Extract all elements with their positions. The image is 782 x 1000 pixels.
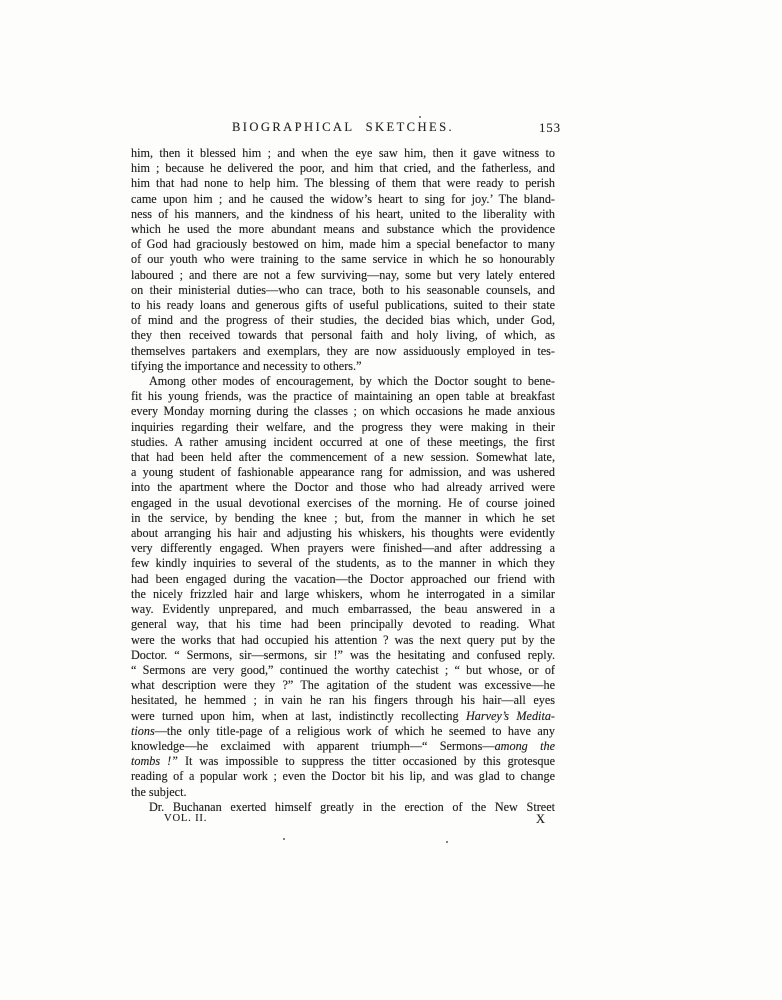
ink-speck (283, 838, 285, 840)
text-run: to his ready loans and generous gifts of… (131, 298, 555, 312)
italic-text-run: Harvey’s Medita- (466, 709, 555, 723)
text-run: engaged in the usual devotional exercise… (131, 496, 555, 510)
text-run: him that had none to help him. The bless… (131, 176, 555, 190)
text-line: in the service, by bending the knee ; bu… (131, 511, 555, 526)
text-line: very differently engaged. When prayers w… (131, 541, 555, 556)
text-run: about arranging his hair and adjusting h… (131, 526, 555, 540)
running-head: BIOGRAPHICAL SKETCHES. 153 (131, 120, 555, 138)
text-run: themselves partakers and exemplars, they… (131, 344, 555, 358)
text-line: had been engaged during the vacation—the… (131, 572, 555, 587)
text-line: what description were they ?” The agitat… (131, 678, 555, 693)
text-line: few kindly inquiries to several of the s… (131, 556, 555, 571)
book-page: BIOGRAPHICAL SKETCHES. 153 him, then it … (0, 0, 782, 1000)
text-run: came upon him ; and he caused the widow’… (131, 192, 555, 206)
text-run: were the works that had occupied his att… (131, 633, 555, 647)
text-run: of our youth who were training to the sa… (131, 252, 555, 266)
text-line: Among other modes of encouragement, by w… (131, 374, 555, 389)
text-line: tombs !” It was impossible to suppress t… (131, 754, 555, 769)
text-run: every Monday morning during the classes … (131, 404, 555, 418)
text-run: fit his young friends, was the practice … (131, 389, 555, 403)
text-line: knowledge—he exclaimed with apparent tri… (131, 739, 555, 754)
text-run: had been engaged during the vacation—the… (131, 572, 555, 586)
text-line: on their ministerial duties—who can trac… (131, 283, 555, 298)
text-line: of God had graciously bestowed on him, m… (131, 237, 555, 252)
text-line: reading of a popular work ; even the Doc… (131, 769, 555, 784)
text-line: engaged in the usual devotional exercise… (131, 496, 555, 511)
text-line: themselves partakers and exemplars, they… (131, 344, 555, 359)
text-run: which he used the more abundant means an… (131, 222, 555, 236)
text-line: Doctor. “ Sermons, sir—sermons, sir !” w… (131, 648, 555, 663)
text-line: hesitated, he hemmed ; in vain he ran hi… (131, 693, 555, 708)
text-line: “ Sermons are very good,” continued the … (131, 663, 555, 678)
footer-line: VOL. II. X (131, 812, 555, 828)
text-line: general way, that his time had been prin… (131, 617, 555, 632)
text-run: inquiries regarding their welfare, and t… (131, 420, 555, 434)
text-line: studies. A rather amusing incident occur… (131, 435, 555, 450)
text-run: were turned upon him, when at last, indi… (131, 709, 466, 723)
text-run: what description were they ?” The agitat… (131, 678, 555, 692)
text-run: It was impossible to suppress the titter… (178, 754, 555, 768)
text-run: knowledge—he exclaimed with apparent tri… (131, 739, 495, 753)
text-run: way. Evidently unprepared, and much emba… (131, 602, 555, 616)
text-run: reading of a popular work ; even the Doc… (131, 769, 555, 783)
text-line: were the works that had occupied his att… (131, 633, 555, 648)
text-run: studies. A rather amusing incident occur… (131, 435, 555, 449)
text-run: of God had graciously bestowed on him, m… (131, 237, 555, 251)
body-text: him, then it blessed him ; and when the … (131, 146, 555, 815)
text-run: they then received towards that personal… (131, 328, 555, 342)
text-line: they then received towards that personal… (131, 328, 555, 343)
text-line: fit his young friends, was the practice … (131, 389, 555, 404)
italic-text-run: among the (495, 739, 555, 753)
text-line: a young student of fashionable appearanc… (131, 465, 555, 480)
signature-mark: X (536, 812, 545, 827)
text-line: were turned upon him, when at last, indi… (131, 709, 555, 724)
text-run: him, then it blessed him ; and when the … (131, 146, 555, 160)
text-line: ness of his manners, and the kindness of… (131, 207, 555, 222)
ink-speck (419, 116, 421, 118)
text-line: every Monday morning during the classes … (131, 404, 555, 419)
text-run: on their ministerial duties—who can trac… (131, 283, 555, 297)
text-run: hesitated, he hemmed ; in vain he ran hi… (131, 693, 555, 707)
text-run: in the service, by bending the knee ; bu… (131, 511, 555, 525)
volume-label: VOL. II. (164, 813, 207, 824)
text-run: Among other modes of encouragement, by w… (149, 374, 555, 388)
text-line: tifying the importance and necessity to … (131, 359, 555, 374)
text-line: him, then it blessed him ; and when the … (131, 146, 555, 161)
text-run: of mind and the progress of their studie… (131, 313, 555, 327)
text-line: which he used the more abundant means an… (131, 222, 555, 237)
text-line: tions—the only title-page of a religious… (131, 724, 555, 739)
text-line: him ; because he delivered the poor, and… (131, 161, 555, 176)
text-line: inquiries regarding their welfare, and t… (131, 420, 555, 435)
page-number: 153 (539, 121, 561, 136)
text-line: about arranging his hair and adjusting h… (131, 526, 555, 541)
text-run: the nicely frizzled hair and large whisk… (131, 587, 555, 601)
text-run: —the only title-page of a religious work… (155, 724, 555, 738)
text-run: very differently engaged. When prayers w… (131, 541, 555, 555)
text-line: laboured ; and there are not a few survi… (131, 268, 555, 283)
text-run: that had been held after the commencemen… (131, 450, 555, 464)
text-line: him that had none to help him. The bless… (131, 176, 555, 191)
text-line: that had been held after the commencemen… (131, 450, 555, 465)
text-run: laboured ; and there are not a few survi… (131, 268, 555, 282)
page-title: BIOGRAPHICAL SKETCHES. (131, 120, 555, 135)
text-line: way. Evidently unprepared, and much emba… (131, 602, 555, 617)
text-run: general way, that his time had been prin… (131, 617, 555, 631)
text-run: few kindly inquiries to several of the s… (131, 556, 555, 570)
text-line: came upon him ; and he caused the widow’… (131, 192, 555, 207)
ink-speck (446, 841, 448, 843)
text-run: ness of his manners, and the kindness of… (131, 207, 555, 221)
text-line: of mind and the progress of their studie… (131, 313, 555, 328)
text-line: the nicely frizzled hair and large whisk… (131, 587, 555, 602)
italic-text-run: tions (131, 724, 155, 738)
text-run: into the apartment where the Doctor and … (131, 480, 555, 494)
text-run: tifying the importance and necessity to … (131, 359, 361, 373)
paragraph: Among other modes of encouragement, by w… (131, 374, 555, 800)
text-run: “ Sermons are very good,” continued the … (131, 663, 555, 677)
text-line: the subject. (131, 785, 555, 800)
text-line: of our youth who were training to the sa… (131, 252, 555, 267)
text-run: the subject. (131, 785, 187, 799)
text-run: him ; because he delivered the poor, and… (131, 161, 555, 175)
italic-text-run: tombs !” (131, 754, 178, 768)
text-run: a young student of fashionable appearanc… (131, 465, 555, 479)
text-run: Doctor. “ Sermons, sir—sermons, sir !” w… (131, 648, 555, 662)
text-line: to his ready loans and generous gifts of… (131, 298, 555, 313)
text-line: into the apartment where the Doctor and … (131, 480, 555, 495)
paragraph: him, then it blessed him ; and when the … (131, 146, 555, 374)
